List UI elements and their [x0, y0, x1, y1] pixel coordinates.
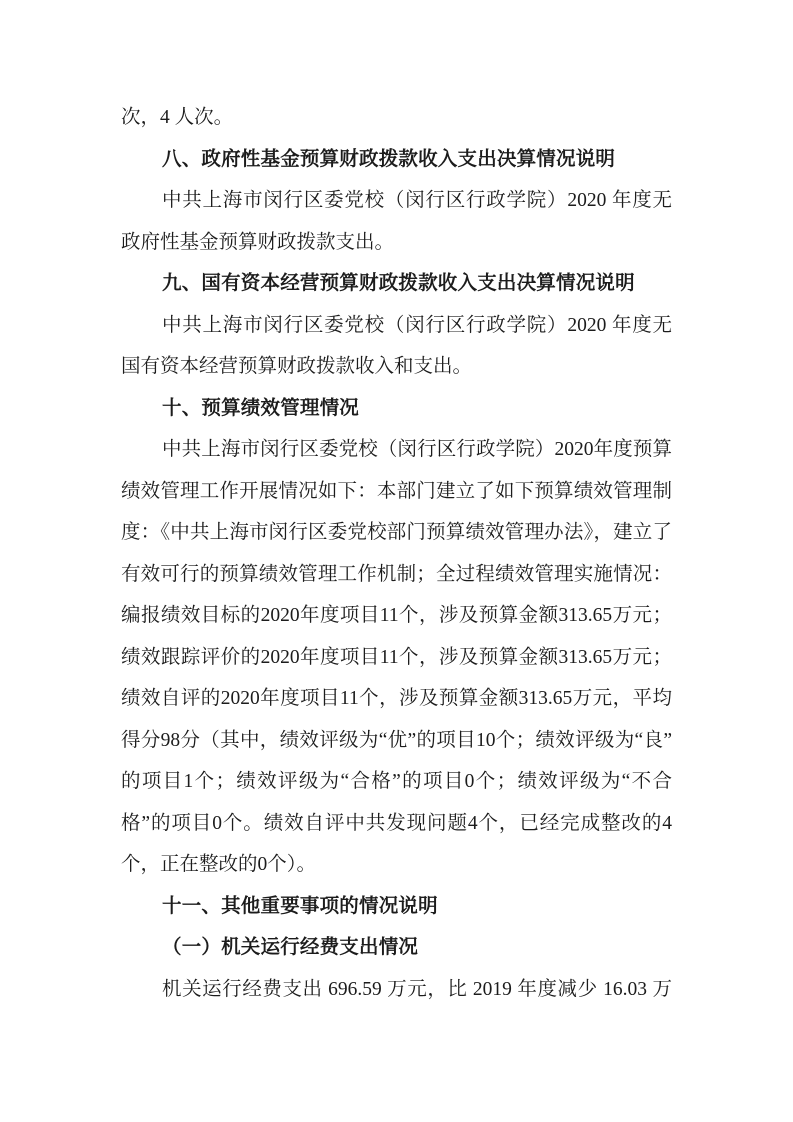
paragraph-line: 绩效跟踪评价的2020年度项目11个，涉及预算金额313.65万元；	[121, 637, 672, 679]
paragraph-line: 格”的项目0个。绩效自评中共发现问题4个，已经完成整改的4	[121, 803, 672, 845]
paragraph-line: 绩效管理工作开展情况如下：本部门建立了如下预算绩效管理制	[121, 471, 672, 513]
paragraph-line: 得分98分（其中，绩效评级为“优”的项目10个；绩效评级为“良”	[121, 720, 672, 762]
paragraph-line: 机关运行经费支出 696.59 万元，比 2019 年度减少 16.03 万	[121, 969, 672, 1011]
paragraph-line: 个，正在整改的0个）。	[121, 844, 672, 886]
section-heading: 十一、其他重要事项的情况说明	[121, 886, 672, 928]
paragraph-line: 中共上海市闵行区委党校（闵行区行政学院）2020年度预算	[121, 429, 672, 471]
paragraph-line: 有效可行的预算绩效管理工作机制；全过程绩效管理实施情况：	[121, 554, 672, 596]
paragraph-line: 次，4 人次。	[121, 97, 672, 139]
section-heading: 八、政府性基金预算财政拨款收入支出决算情况说明	[121, 139, 672, 181]
paragraph-line: 中共上海市闵行区委党校（闵行区行政学院）2020 年度无	[121, 305, 672, 347]
document-page: 次，4 人次。八、政府性基金预算财政拨款收入支出决算情况说明中共上海市闵行区委党…	[0, 0, 793, 1122]
paragraph-line: 的项目1个；绩效评级为“合格”的项目0个；绩效评级为“不合	[121, 761, 672, 803]
section-heading: 十、预算绩效管理情况	[121, 388, 672, 430]
paragraph-line: 国有资本经营预算财政拨款收入和支出。	[121, 346, 672, 388]
paragraph-line: 绩效自评的2020年度项目11个，涉及预算金额313.65万元，平均	[121, 678, 672, 720]
paragraph-line: 中共上海市闵行区委党校（闵行区行政学院）2020 年度无	[121, 180, 672, 222]
document-content: 次，4 人次。八、政府性基金预算财政拨款收入支出决算情况说明中共上海市闵行区委党…	[121, 97, 672, 1010]
section-heading: （一）机关运行经费支出情况	[121, 927, 672, 969]
paragraph-line: 政府性基金预算财政拨款支出。	[121, 222, 672, 264]
paragraph-line: 编报绩效目标的2020年度项目11个，涉及预算金额313.65万元；	[121, 595, 672, 637]
paragraph-line: 度：《中共上海市闵行区委党校部门预算绩效管理办法》，建立了	[121, 512, 672, 554]
section-heading: 九、国有资本经营预算财政拨款收入支出决算情况说明	[121, 263, 672, 305]
